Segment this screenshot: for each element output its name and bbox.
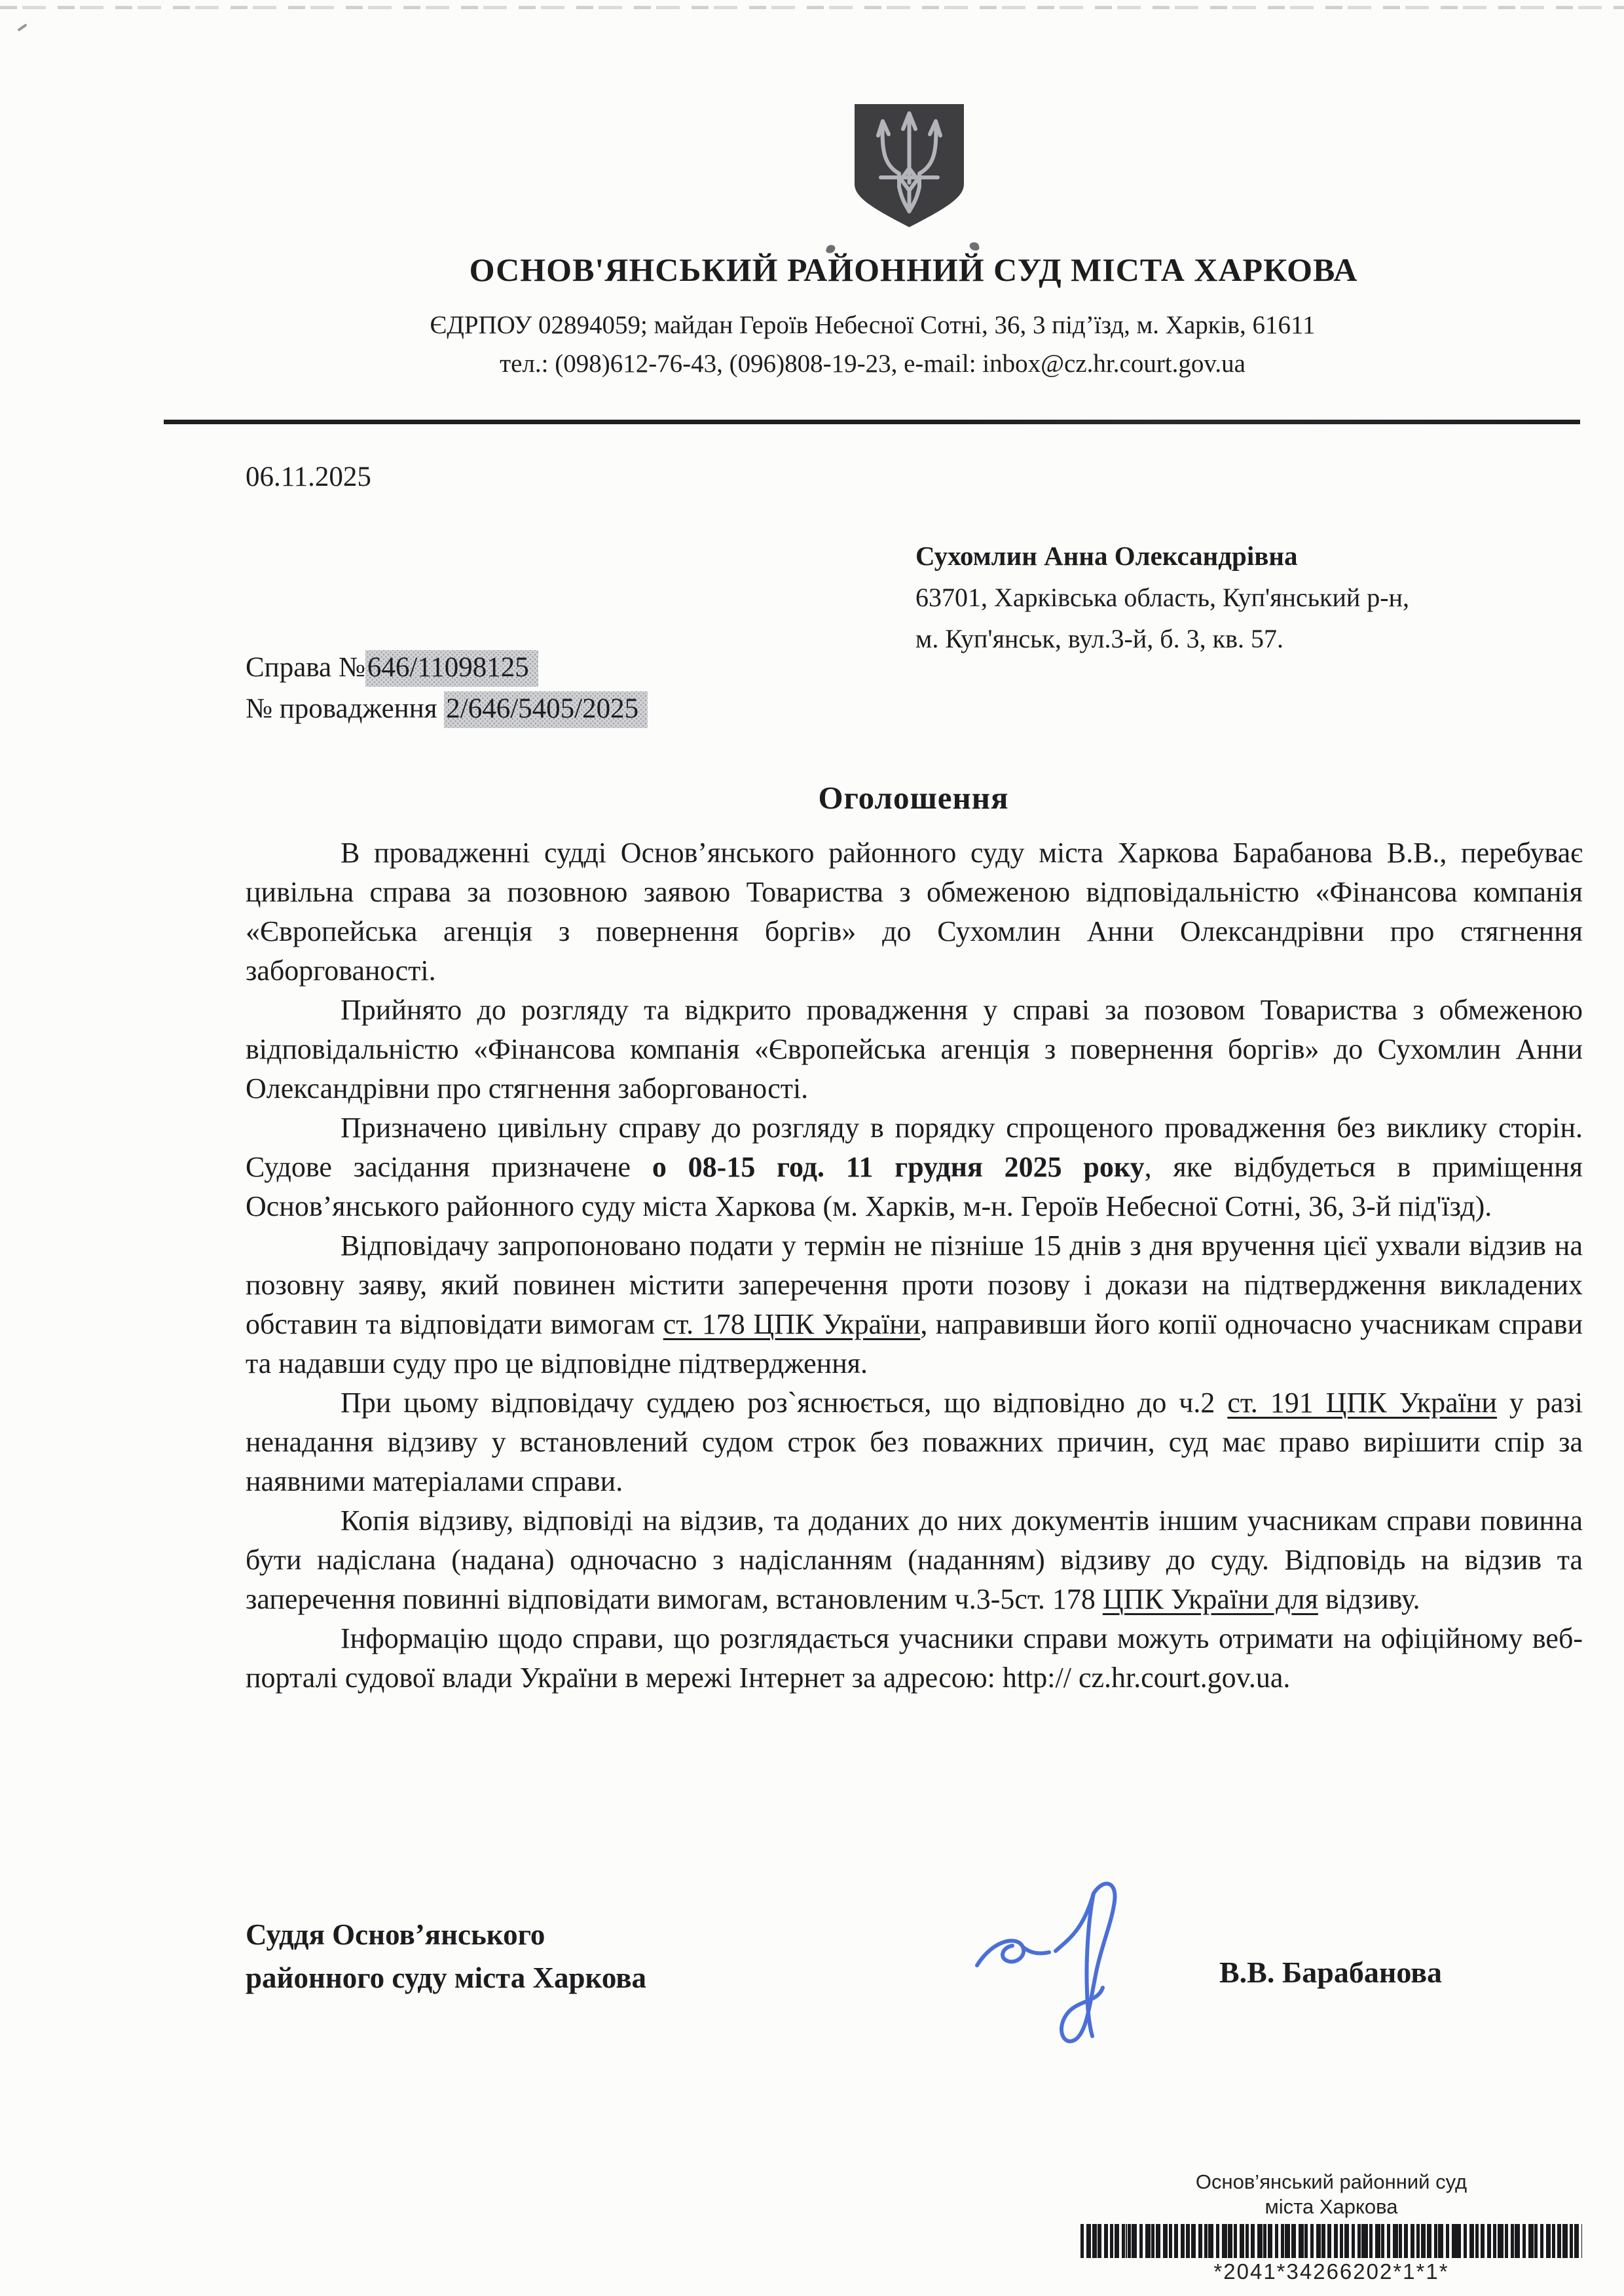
text-run: о 08-15 год. 11 грудня 2025 року: [652, 1151, 1145, 1183]
text-run: Прийнято до розгляду та відкрито провадж…: [246, 994, 1583, 1104]
text-run: ЦПК України для: [1103, 1583, 1318, 1615]
text-run: відзиву.: [1318, 1583, 1420, 1615]
text-run: Інформацію щодо справи, що розглядається…: [246, 1622, 1583, 1694]
recipient-block: Сухомлин Анна Олександрівна 63701, Харкі…: [915, 536, 1409, 659]
text-run: ст. 191 ЦПК України: [1227, 1387, 1497, 1419]
handwritten-signature: [957, 1867, 1206, 2064]
court-address-line: ЄДРПОУ 02894059; майдан Героїв Небесної …: [164, 310, 1581, 340]
scan-speck: [17, 24, 27, 31]
footer-court-line: Основ’янський районний суд: [1080, 2170, 1582, 2195]
ukraine-trident-emblem-icon: [848, 100, 970, 231]
footer-court-line: міста Харкова: [1080, 2195, 1582, 2219]
court-contacts-line: тел.: (098)612-76-43, (096)808-19-23, e-…: [164, 349, 1581, 378]
text-run: При цьому відповідачу суддею роз`яснюєть…: [341, 1387, 1227, 1419]
recipient-name: Сухомлин Анна Олександрівна: [915, 536, 1409, 577]
paragraph: Призначено цивільну справу до розгляду в…: [246, 1108, 1583, 1226]
judge-position-line: районного суду міста Харкова: [246, 1956, 646, 1999]
case-number-line: Справа №646/11098125: [246, 647, 648, 688]
proceeding-number-line: № провадження 2/646/5405/2025: [246, 688, 648, 729]
barcode: [1080, 2224, 1582, 2258]
text-run: В провадженні судді Основ’янського район…: [246, 837, 1583, 987]
paragraph: Відповідачу запропоновано подати у термі…: [246, 1226, 1583, 1383]
proceeding-label: № провадження: [246, 693, 444, 724]
case-label: Справа №: [246, 652, 365, 683]
proceeding-number-highlighted: 2/646/5405/2025: [444, 691, 648, 728]
body-text: В провадженні судді Основ’янського район…: [246, 833, 1583, 1698]
scan-artifact-band: [0, 6, 1624, 9]
header-divider: [164, 420, 1580, 424]
barcode-caption: *2041*34266202*1*1*: [1080, 2259, 1582, 2284]
document-title: Оголошення: [246, 779, 1581, 816]
court-name-heading: ОСНОВ'ЯНСЬКИЙ РАЙОННИЙ СУД МІСТА ХАРКОВА: [246, 251, 1581, 289]
court-letter-page: ОСНОВ'ЯНСЬКИЙ РАЙОННИЙ СУД МІСТА ХАРКОВА…: [0, 0, 1624, 2296]
case-number-block: Справа №646/11098125 № провадження 2/646…: [246, 647, 648, 729]
recipient-address-line: 63701, Харківська область, Куп'янський р…: [915, 577, 1409, 618]
paragraph: Інформацію щодо справи, що розглядається…: [246, 1619, 1583, 1698]
footer-barcode-block: Основ’янський районний суд міста Харкова…: [1080, 2170, 1582, 2284]
judge-name: В.В. Барабанова: [1219, 1955, 1442, 1990]
judge-position-line: Суддя Основ’янського: [246, 1913, 646, 1956]
text-run: ст. 178 ЦПК України: [663, 1308, 921, 1340]
scan-speck: [969, 242, 980, 252]
paragraph: При цьому відповідачу суддею роз`яснюєть…: [246, 1383, 1583, 1501]
case-number-highlighted: 646/11098125: [365, 650, 538, 687]
recipient-address-line: м. Куп'янськ, вул.3-й, б. 3, кв. 57.: [915, 618, 1409, 659]
paragraph: В провадженні судді Основ’янського район…: [246, 833, 1583, 991]
paragraph: Копія відзиву, відповіді на відзив, та д…: [246, 1501, 1583, 1619]
judge-position-block: Суддя Основ’янського районного суду міст…: [246, 1913, 646, 1999]
document-date: 06.11.2025: [246, 461, 371, 493]
paragraph: Прийнято до розгляду та відкрито провадж…: [246, 991, 1583, 1108]
